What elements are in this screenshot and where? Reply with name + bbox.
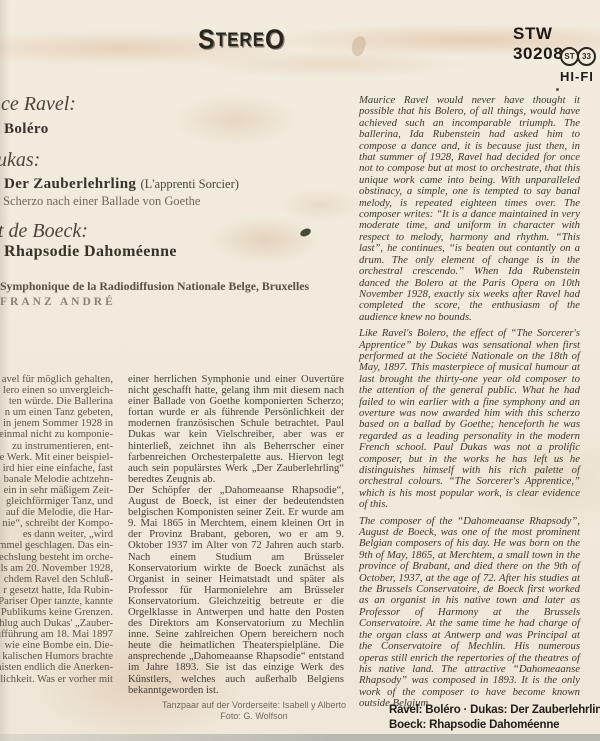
german-cropped-line: ls am 20. November 1928, — [0, 563, 113, 574]
composer-ravel: ce Ravel: — [1, 93, 76, 116]
scan-edge-strip — [0, 734, 600, 741]
german-cropped-line: lichkeit. Was er vorher mit — [0, 674, 113, 685]
work-bolero: Boléro — [4, 121, 49, 138]
german-cropped-line: banale Melodie achtzehn- — [0, 474, 113, 485]
work-zauberlehrling: Der Zauberlehrling (L'apprenti Sorcier) — [4, 176, 239, 193]
german-cropped-line: es dann weiter, „wird — [0, 529, 113, 540]
german-cropped-line: echslung besteht im orche- — [0, 552, 113, 563]
orchestra-line: Symphonique de la Radiodiffusion Nationa… — [0, 279, 309, 294]
german-cropped-line: ein in sehr mäßigem Zeit- — [0, 485, 113, 496]
stereo-logo-letter: S — [198, 26, 216, 54]
english-paragraph-ravel: Maurice Ravel would never have thought i… — [359, 95, 580, 323]
german-cropped-line: nisten endlich die Anerken- — [0, 662, 113, 673]
stereo-logo-letter: E — [253, 30, 265, 49]
german-cropped-line: schlug auch Dukas' „Zauber- — [0, 618, 113, 629]
german-cropped-line: Pariser Oper tanzte, kannte — [0, 596, 113, 607]
english-column: Maurice Ravel would never have thought i… — [359, 95, 580, 715]
stereo-logo-letter: O — [265, 26, 285, 54]
german-cropped-line: e Werk. Mit einer beispiel- — [0, 452, 113, 463]
german-cropped-line: chdem Ravel den Schluß- — [0, 574, 113, 585]
german-cropped-line: nie“, schreibt der Kompo- — [0, 518, 113, 529]
stereo-logo: STEREO — [198, 26, 286, 54]
works-summary-line2: Boeck: Rhapsodie Dahoméenne — [389, 718, 600, 733]
stereo-logo-letter: E — [227, 30, 239, 49]
composer-dukas: ukas: — [0, 149, 40, 172]
works-summary: Ravel: Boléro · Dukas: Der Zauberlehrlin… — [389, 703, 600, 732]
german-column: einer herrlichen Symphonie und einer Ouv… — [128, 374, 344, 696]
works-summary-line1: Ravel: Boléro · Dukas: Der Zauberlehrlin… — [389, 703, 600, 718]
english-paragraph-boeck: The composer of the “Dahomeaanse Rhapsod… — [359, 516, 580, 710]
german-cropped-line: ten würde. Die Ballerina — [0, 396, 113, 407]
german-cropped-line: gleichförmiger Tanz, und — [0, 496, 113, 507]
german-cropped-line: einmal nicht zu komponie- — [0, 429, 113, 440]
german-cropped-line: mmel geschlagen. Das ein- — [0, 540, 113, 551]
ink-dot — [556, 88, 559, 91]
german-cropped-line: in jenem Sommer 1928 in — [0, 418, 113, 429]
work-zauberlehrling-title: Der Zauberlehrling — [4, 176, 136, 192]
german-cropped-line: wie eine Bombe ein. Die- — [0, 640, 113, 651]
german-column-cropped: avel für möglich gehalten,lero einen so … — [0, 374, 113, 685]
photo-caption-line: Tanzpaar auf der Vorderseite: Isabell y … — [128, 700, 380, 711]
st33-badge-right-circle: 33 — [577, 47, 596, 66]
german-cropped-line: ird hier eine einfache, fast — [0, 463, 113, 474]
photo-caption: Tanzpaar auf der Vorderseite: Isabell y … — [128, 700, 380, 722]
german-cropped-line: r gesetzt hatte, Ida Rubin- — [0, 585, 113, 596]
stereo-logo-letter: T — [216, 30, 227, 49]
stereo-logo-letter: R — [239, 30, 252, 49]
hifi-label: HI-FI — [560, 69, 594, 84]
german-cropped-line: zu instrumentieren, ent- — [0, 441, 113, 452]
german-paragraph-boeck: Der Schöpfer der „Dahomeaanse Rhapsodie“… — [128, 485, 344, 696]
german-cropped-line: n um einen Tanz gebeten, — [0, 407, 113, 418]
conductor-name: FRANZ ANDRÉ — [0, 296, 116, 308]
german-cropped-line: kalischen Humors brachte — [0, 651, 113, 662]
ink-speck — [299, 227, 312, 237]
photo-credit-line: Foto: G. Wolfson — [128, 711, 380, 722]
st33-badge-icon: ST 33 — [560, 47, 598, 67]
english-paragraph-dukas: Like Ravel's Bolero, the effect of “The … — [359, 328, 580, 511]
work-zauberlehrling-alt-title: (L'apprenti Sorcier) — [141, 177, 239, 191]
german-cropped-line: Publikums keine Grenzen. — [0, 607, 113, 618]
german-cropped-line: avel für möglich gehalten, — [0, 374, 113, 385]
german-paragraph-dukas: einer herrlichen Symphonie und einer Ouv… — [128, 374, 344, 485]
paper-stain — [349, 34, 368, 57]
german-cropped-line: auf die Melodie, die Har- — [0, 507, 113, 518]
german-cropped-line: aufführung am 18. Mai 1897 — [0, 629, 113, 640]
composer-boeck: t de Boeck: — [0, 220, 88, 243]
german-cropped-line: lero einen so unvergleich- — [0, 385, 113, 396]
work-zauberlehrling-note: Scherzo nach einer Ballade von Goethe — [3, 194, 201, 209]
record-sleeve-back: STEREO STW 30208 ST 33 HI-FI ce Ravel: B… — [0, 0, 600, 741]
work-rhapsodie: Rhapsodie Dahoméenne — [4, 243, 177, 261]
